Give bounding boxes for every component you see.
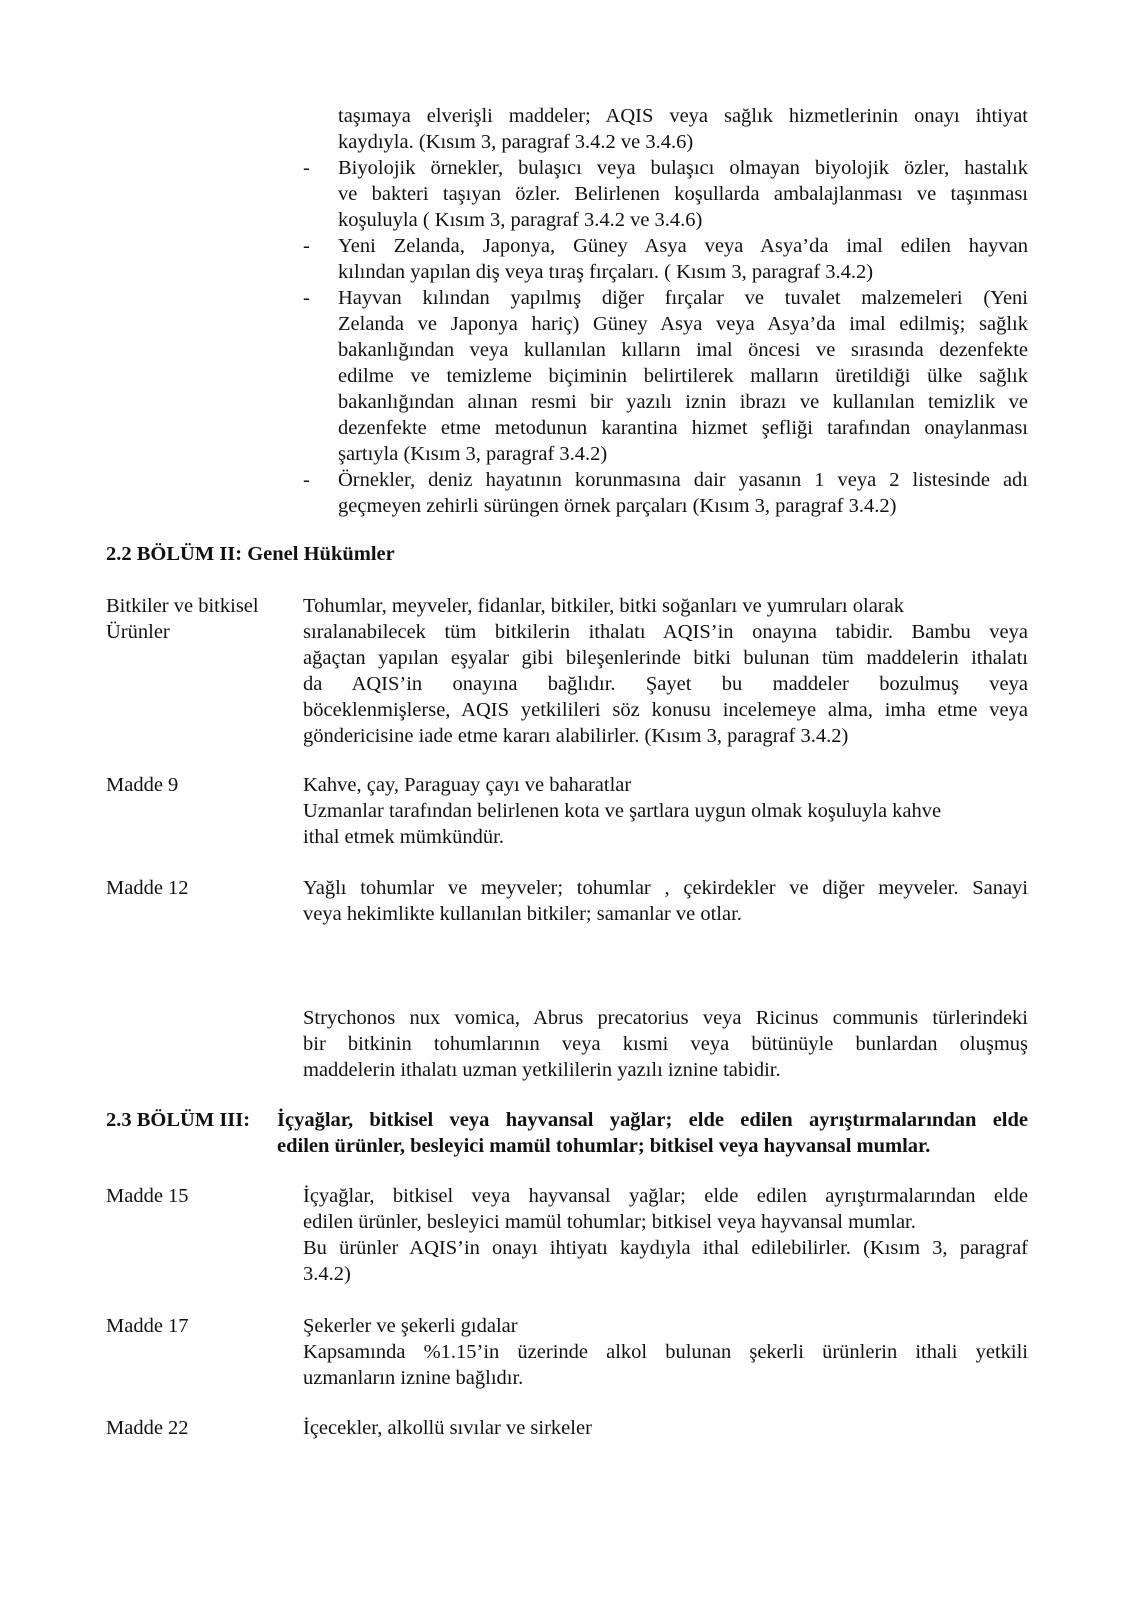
entry-label: Ürünler <box>106 619 170 645</box>
list-item-line: şartıyla (Kısım 3, paragraf 3.4.2) <box>338 441 607 467</box>
entry-text-line: böceklenmişlerse, AQIS yetkilileri söz k… <box>303 697 1028 723</box>
list-item-line: Biyolojik örnekler, bulaşıcı veya bulaşı… <box>338 155 1028 181</box>
entry-label: Madde 17 <box>106 1313 189 1339</box>
list-item-line: Örnekler, deniz hayatının korunmasına da… <box>338 467 1028 493</box>
entry-text-line: İçecekler, alkollü sıvılar ve sirkeler <box>303 1415 592 1441</box>
list-item-line: taşımaya elverişli maddeler; AQIS veya s… <box>338 103 1028 129</box>
entry-label: Bitkiler ve bitkisel <box>106 593 259 619</box>
entry-text-line: uzmanların iznine bağlıdır. <box>303 1365 523 1391</box>
entry-text-line: veya hekimlikte kullanılan bitkiler; sam… <box>303 901 742 927</box>
entry-text-line: İçyağlar, bitkisel veya hayvansal yağlar… <box>303 1183 1028 1209</box>
entry-text-line: Uzmanlar tarafından belirlenen kota ve ş… <box>303 798 941 824</box>
entry-text-line: Kapsamında %1.15’in üzerinde alkol bulun… <box>303 1339 1028 1365</box>
note-text-line: maddelerin ithalatı uzman yetkililerin y… <box>303 1057 781 1083</box>
section-heading-line: edilen ürünler, besleyici mamül tohumlar… <box>277 1133 930 1159</box>
entry-label: Madde 9 <box>106 772 178 798</box>
list-item-line: dezenfekte etme metodunun karantina hizm… <box>338 415 1028 441</box>
entry-label: Madde 12 <box>106 875 189 901</box>
entry-text-line: ağaçtan yapılan eşyalar gibi bileşenleri… <box>303 645 1028 671</box>
list-item-line: geçmeyen zehirli sürüngen örnek parçalar… <box>338 493 896 519</box>
entry-text-line: göndericisine iade etme kararı alabilirl… <box>303 723 848 749</box>
entry-label: Madde 15 <box>106 1183 189 1209</box>
list-item-line: Hayvan kılından yapılmış diğer fırçalar … <box>338 285 1028 311</box>
bullet-dash: - <box>303 155 310 181</box>
note-text-line: bir bitkinin tohumlarının veya kısmi vey… <box>303 1031 1028 1057</box>
entry-text-line: da AQIS’in onayına bağlıdır. Şayet bu ma… <box>303 671 1028 697</box>
list-item-line: bakanlığından veya kullanılan kılların i… <box>338 337 1028 363</box>
list-item-line: koşuluyla ( Kısım 3, paragraf 3.4.2 ve 3… <box>338 207 702 233</box>
entry-text-line: edilen ürünler, besleyici mamül tohumlar… <box>303 1209 916 1235</box>
list-item-line: kaydıyla. (Kısım 3, paragraf 3.4.2 ve 3.… <box>338 129 693 155</box>
bullet-dash: - <box>303 467 310 493</box>
list-item-line: Zelanda ve Japonya hariç) Güney Asya vey… <box>338 311 1028 337</box>
list-item-line: edilme ve temizleme biçiminin belirtiler… <box>338 363 1028 389</box>
list-item-line: ve bakteri taşıyan özler. Belirlenen koş… <box>338 181 1028 207</box>
entry-label: Madde 22 <box>106 1415 189 1441</box>
entry-text-line: Yağlı tohumlar ve meyveler; tohumlar , ç… <box>303 875 1028 901</box>
entry-text-line: Tohumlar, meyveler, fidanlar, bitkiler, … <box>303 593 904 619</box>
entry-text-line: Şekerler ve şekerli gıdalar <box>303 1313 518 1339</box>
entry-text-line: sıralanabilecek tüm bitkilerin ithalatı … <box>303 619 1028 645</box>
bullet-dash: - <box>303 285 310 311</box>
list-item-line: kılından yapılan diş veya tıraş fırçalar… <box>338 259 873 285</box>
list-item-line: bakanlığından alınan resmi bir yazılı iz… <box>338 389 1028 415</box>
section-heading: 2.2 BÖLÜM II: Genel Hükümler <box>106 541 395 567</box>
entry-text-line: ithal etmek mümkündür. <box>303 824 504 850</box>
section-heading-prefix: 2.3 BÖLÜM III: <box>106 1107 250 1133</box>
entry-text-line: 3.4.2) <box>303 1261 351 1287</box>
bullet-dash: - <box>303 233 310 259</box>
note-text-line: Strychonos nux vomica, Abrus precatorius… <box>303 1005 1028 1031</box>
entry-text-line: Bu ürünler AQIS’in onayı ihtiyatı kaydıy… <box>303 1235 1028 1261</box>
list-item-line: Yeni Zelanda, Japonya, Güney Asya veya A… <box>338 233 1028 259</box>
section-heading-line: İçyağlar, bitkisel veya hayvansal yağlar… <box>277 1107 1028 1133</box>
entry-text-line: Kahve, çay, Paraguay çayı ve baharatlar <box>303 772 631 798</box>
document-page: taşımaya elverişli maddeler; AQIS veya s… <box>0 0 1131 1600</box>
